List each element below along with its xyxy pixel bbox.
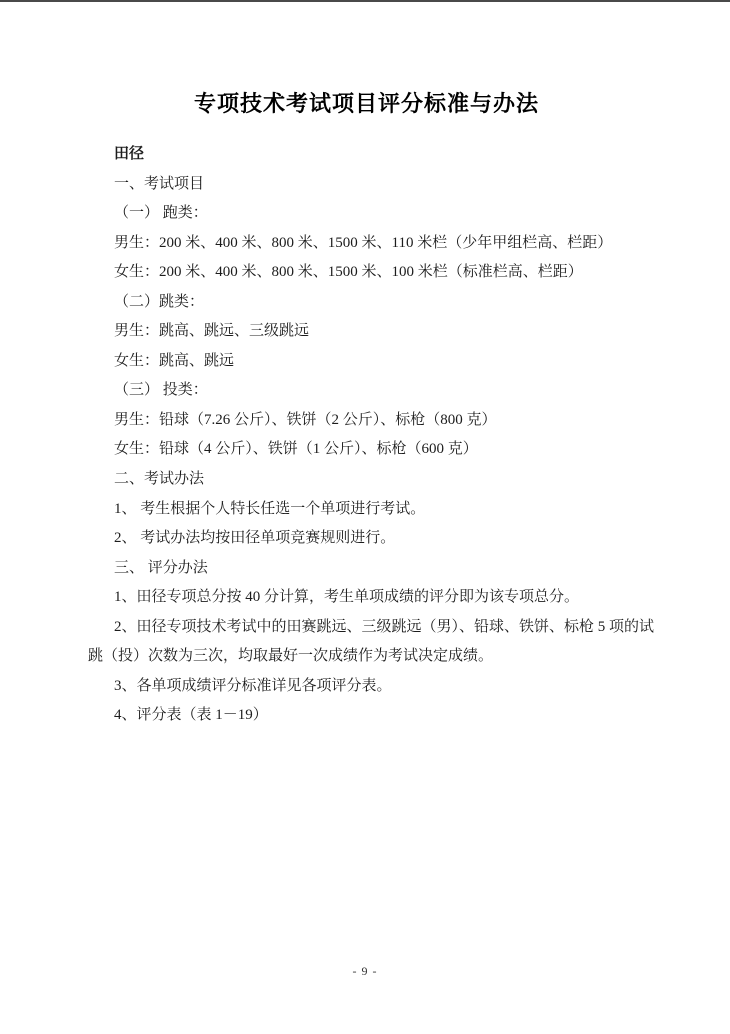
text-line: 2、田径专项技术考试中的田赛跳远、三级跳远（男）、铅球、铁饼、标枪 5 项的试 (88, 613, 710, 643)
text-line: 女生：铅球（4 公斤）、铁饼（1 公斤）、标枪（600 克） (88, 435, 710, 465)
paragraph-list: 一、考试项目（一） 跑类：男生：200 米、400 米、800 米、1500 米… (88, 170, 710, 731)
text-line: 女生：200 米、400 米、800 米、1500 米、100 米栏（标准栏高、… (88, 258, 710, 288)
text-line: 一、考试项目 (88, 170, 710, 200)
page-title: 专项技术考试项目评分标准与办法 (88, 90, 645, 118)
text-line: 二、考试办法 (88, 465, 710, 495)
text-line: 1、田径专项总分按 40 分计算，考生单项成绩的评分即为该专项总分。 (88, 583, 710, 613)
text-line: 男生：200 米、400 米、800 米、1500 米、110 米栏（少年甲组栏… (88, 229, 710, 259)
text-line: 三、 评分办法 (88, 554, 710, 584)
document-page: { "page": { "title": "专项技术考试项目评分标准与办法", … (0, 0, 730, 1034)
page-number: - 9 - (0, 964, 730, 979)
text-line: 4、评分表（表 1－19） (88, 701, 710, 731)
document-body: 田径 一、考试项目（一） 跑类：男生：200 米、400 米、800 米、150… (88, 140, 710, 731)
text-line: （三） 投类： (88, 376, 710, 406)
text-line: 3、各单项成绩评分标准详见各项评分表。 (88, 672, 710, 702)
text-line: （一） 跑类： (88, 199, 710, 229)
text-line: 男生：跳高、跳远、三级跳远 (88, 317, 710, 347)
text-line: 男生：铅球（7.26 公斤）、铁饼（2 公斤）、标枪（800 克） (88, 406, 710, 436)
section-heading: 田径 (88, 140, 710, 170)
text-line: 女生：跳高、跳远 (88, 347, 710, 377)
text-line: 跳（投）次数为三次，均取最好一次成绩作为考试决定成绩。 (88, 642, 710, 672)
text-line: （二）跳类： (88, 288, 710, 318)
page-top-border (0, 0, 730, 2)
text-line: 2、 考试办法均按田径单项竞赛规则进行。 (88, 524, 710, 554)
text-line: 1、 考生根据个人特长任选一个单项进行考试。 (88, 495, 710, 525)
